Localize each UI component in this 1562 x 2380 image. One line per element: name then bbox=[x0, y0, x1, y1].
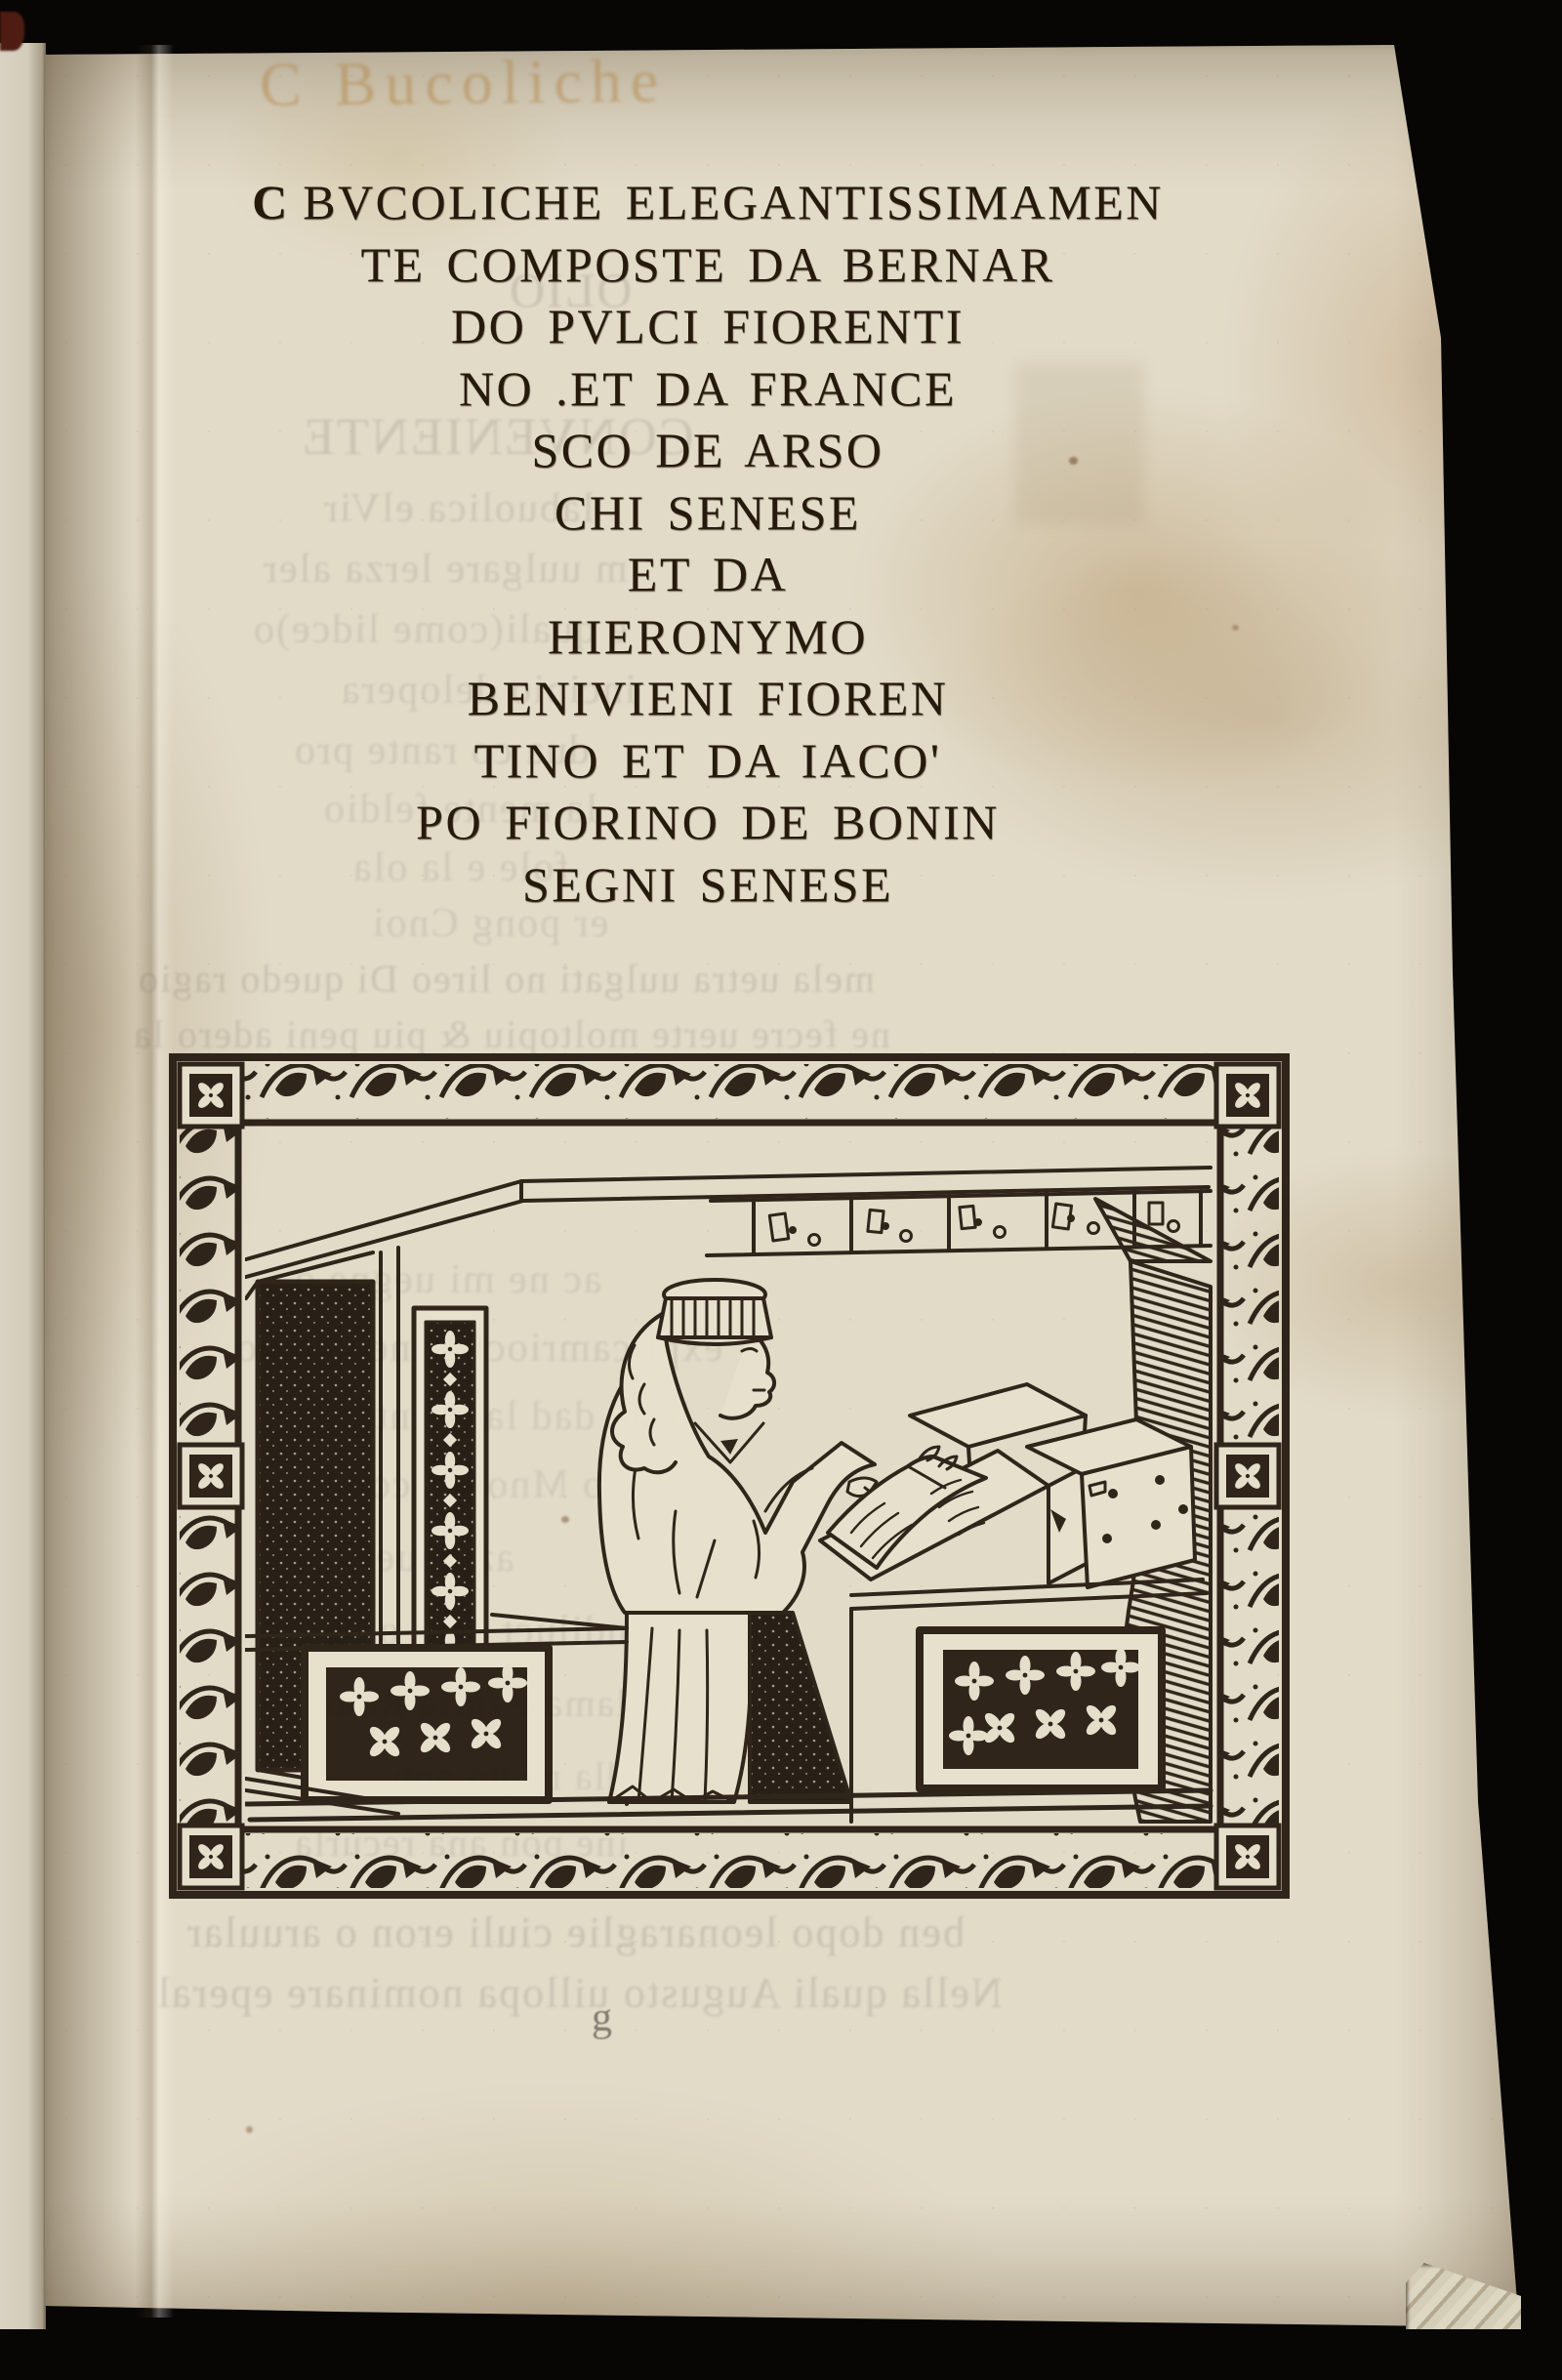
title-line-text: BVCOLICHE ELEGANTISSIMAMEN bbox=[303, 175, 1164, 229]
title-line: TINO ET DA IACO' bbox=[137, 730, 1279, 793]
title-line: HIERONYMO bbox=[137, 606, 1279, 669]
faded-ink-inscription: C Bucoliche bbox=[260, 45, 668, 121]
show-through-text: mela uetra uulgati no lireo Di quedo rag… bbox=[137, 960, 875, 999]
scanned-book-photo: { "colors": { "background": "#070605", "… bbox=[0, 0, 1562, 2380]
show-through-text: Nella quali Augusto uillopa nominare epe… bbox=[156, 1972, 1003, 2015]
title-line-text: TE COMPOSTE DA BERNAR bbox=[360, 237, 1054, 292]
title-line: CBVCOLICHE ELEGANTISSIMAMEN bbox=[137, 172, 1279, 234]
scholar-writing-at-desk-woodcut bbox=[168, 1052, 1291, 1900]
title-line-text: TINO ET DA IACO' bbox=[474, 733, 942, 788]
foxing-spot bbox=[246, 2126, 253, 2133]
title-block: CBVCOLICHE ELEGANTISSIMAMENTE COMPOSTE D… bbox=[137, 172, 1279, 916]
capitulum-mark: C bbox=[252, 175, 287, 229]
title-line: TE COMPOSTE DA BERNAR bbox=[137, 234, 1279, 297]
title-line: SCO DE ARSO bbox=[137, 420, 1279, 482]
title-line: DO PVLCI FIORENTI bbox=[137, 296, 1279, 358]
title-line: SEGNI SENESE bbox=[137, 854, 1279, 917]
binding-leather-spot bbox=[0, 12, 24, 51]
title-line: PO FIORINO DE BONIN bbox=[137, 792, 1279, 854]
woodcut-illustration bbox=[168, 1052, 1291, 1900]
title-line: ET DA bbox=[137, 544, 1279, 606]
title-line-text: ET DA bbox=[628, 547, 788, 601]
title-line-text: BENIVIENI FIOREN bbox=[468, 671, 949, 725]
title-line: NO .ET DA FRANCE bbox=[137, 358, 1279, 421]
title-line: CHI SENESE bbox=[137, 482, 1279, 545]
title-line-text: PO FIORINO DE BONIN bbox=[416, 795, 1000, 849]
title-line: BENIVIENI FIOREN bbox=[137, 668, 1279, 730]
show-through-text: ben dopo leonaraglie ciuli eron o aruula… bbox=[185, 1911, 965, 1954]
title-line-text: CHI SENESE bbox=[555, 485, 861, 540]
title-line-text: SEGNI SENESE bbox=[522, 857, 893, 912]
title-line-text: HIERONYMO bbox=[548, 609, 868, 664]
flyleaf-page-edge bbox=[0, 43, 46, 2329]
show-through-text: g bbox=[592, 1997, 614, 2038]
show-through-text: ne fecre uerte moltopiu & piu peni adero… bbox=[132, 1015, 890, 1054]
title-line-text: SCO DE ARSO bbox=[531, 423, 884, 477]
title-line-text: DO PVLCI FIORENTI bbox=[451, 299, 965, 353]
title-line-text: NO .ET DA FRANCE bbox=[459, 361, 957, 416]
